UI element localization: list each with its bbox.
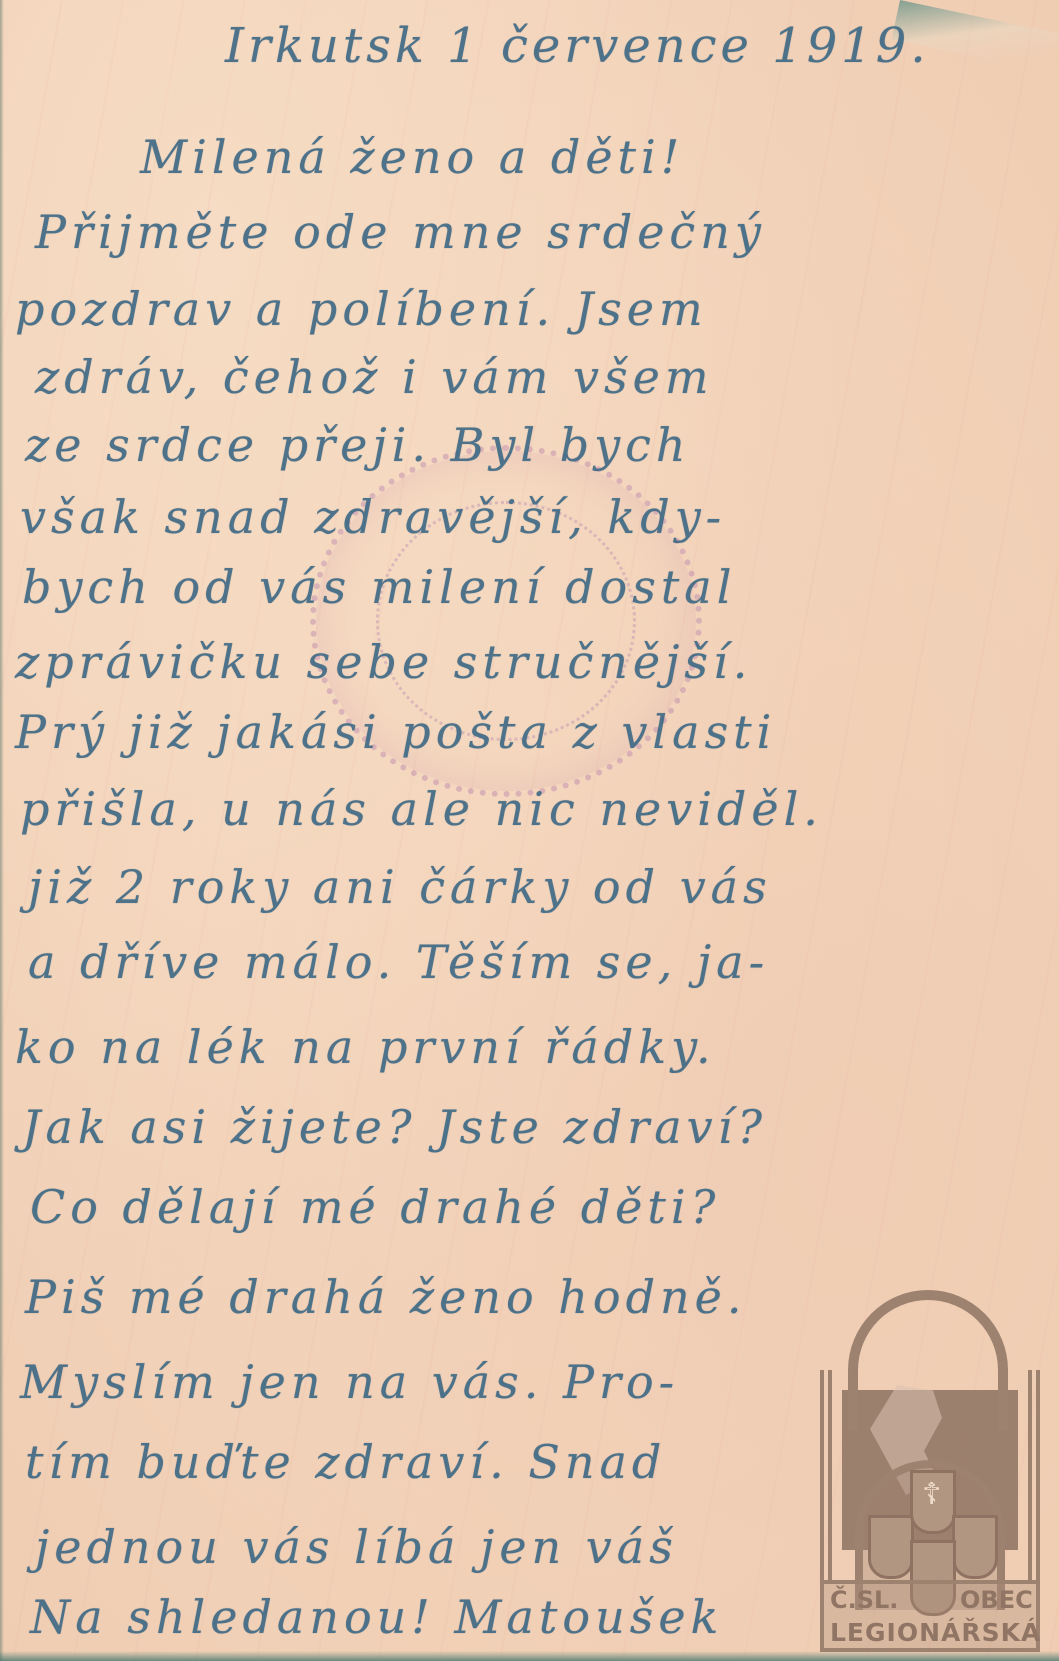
letter-line: Prý již jakási pošta z vlasti	[15, 705, 776, 759]
coat-of-arms-shield-icon	[952, 1515, 998, 1579]
card-edge	[0, 0, 4, 1661]
letter-line: přišla, u nás ale nic neviděl.	[20, 782, 823, 836]
letter-line: tím buďte zdraví. Snad	[25, 1435, 666, 1489]
letter-line: bych od vás milení dostal	[22, 560, 736, 614]
letter-salutation: Milená ženo a děti!	[140, 130, 684, 184]
watermark-text: LEGIONÁŘSKÁ	[830, 1618, 1041, 1647]
letter-line: Jak asi žijete? Jste zdraví?	[22, 1100, 767, 1154]
letter-line: pozdrav a políbení. Jsem	[15, 282, 708, 336]
letter-line: zprávičku sebe stručnější.	[15, 635, 752, 689]
letter-line: již 2 roky ani čárky od vás	[28, 860, 772, 914]
letter-line: a dříve málo. Těším se, ja-	[28, 935, 769, 989]
double-cross-icon: ☦	[922, 1480, 941, 1510]
letter-heading: Irkutsk 1 července 1919.	[225, 18, 930, 74]
letter-line: zdráv, čehož i vám všem	[35, 350, 713, 404]
letter-line: ze srdce přeji. Byl bych	[25, 418, 691, 472]
letter-line: Myslím jen na vás. Pro-	[20, 1355, 679, 1409]
postcard: Irkutsk 1 července 1919. Milená ženo a d…	[0, 0, 1059, 1661]
watermark-text: Č.SL.	[830, 1586, 898, 1614]
legion-watermark-logo: ☦ Č.SL. OBEC LEGIONÁŘSKÁ	[820, 1290, 1040, 1660]
letter-line: jednou vás líbá jen váš	[35, 1520, 678, 1574]
letter-line: Piš mé drahá ženo hodně.	[25, 1270, 747, 1324]
letter-line: ko na lék na první řádky.	[15, 1020, 716, 1074]
letter-line: Přijměte ode mne srdečný	[35, 205, 766, 259]
letter-line: Co dělají mé drahé děti?	[30, 1180, 720, 1234]
letter-line: však snad zdravější, kdy-	[20, 490, 726, 544]
coat-of-arms-shield-icon	[868, 1515, 914, 1579]
letter-signoff: Na shledanou! Matoušek	[30, 1590, 723, 1644]
watermark-text: OBEC	[960, 1586, 1033, 1614]
